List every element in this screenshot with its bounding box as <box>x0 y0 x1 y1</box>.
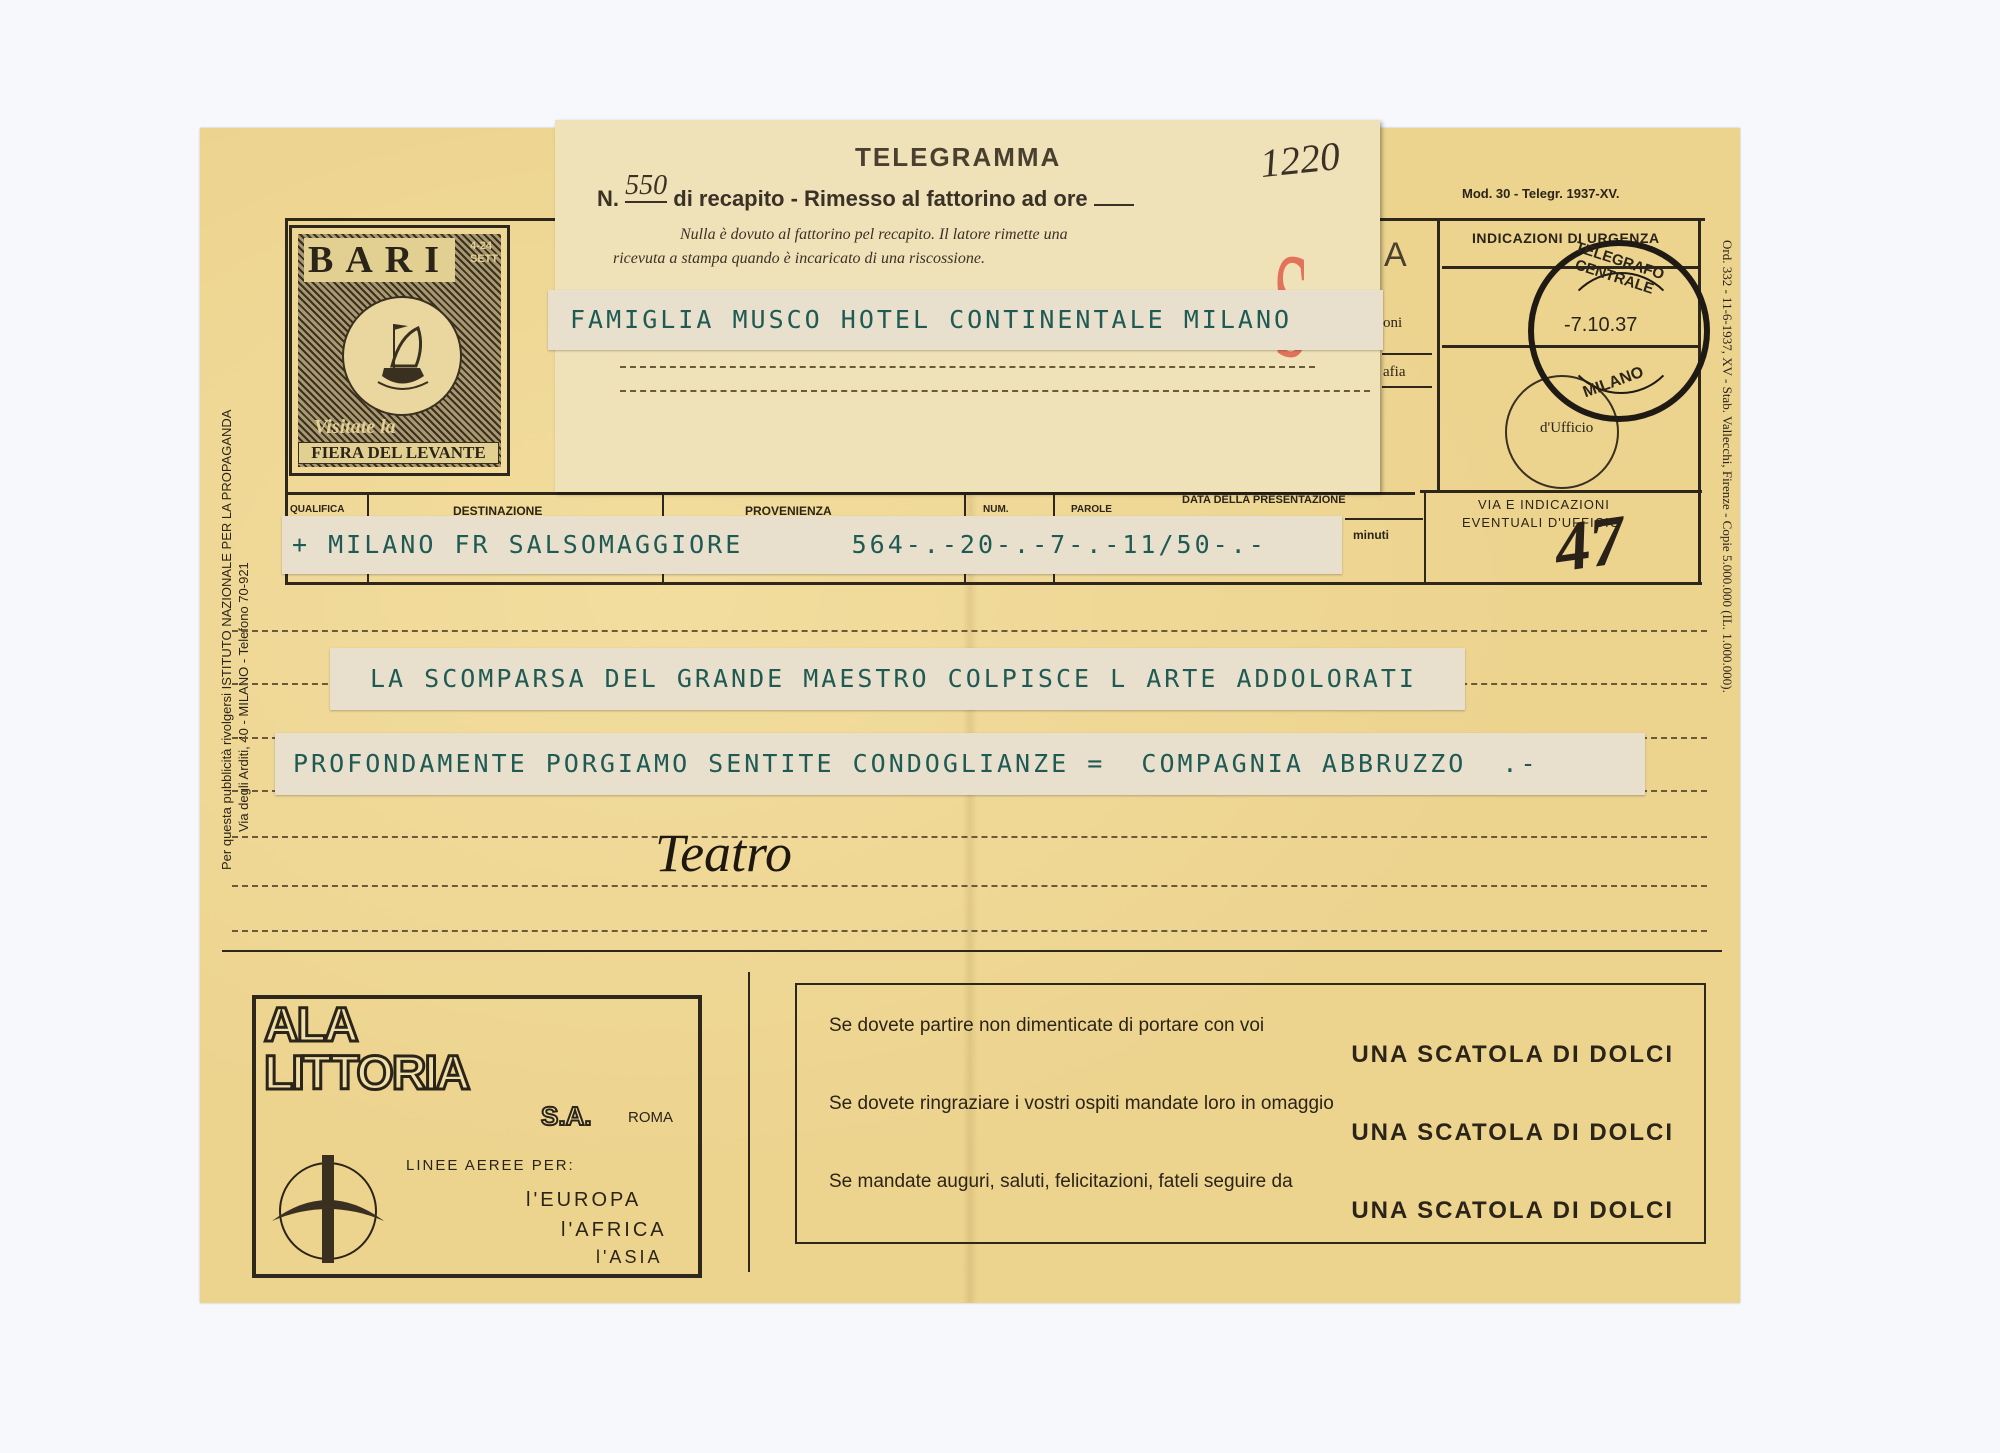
col-header-parole: PAROLE <box>1071 504 1112 515</box>
handwritten-note: Teatro <box>655 822 792 884</box>
slip-title: TELEGRAMMA <box>855 142 1061 173</box>
side-divider-1 <box>1382 353 1432 355</box>
form-right-border <box>1698 218 1701 583</box>
col-header-qualifica: QUALIFICA <box>290 504 344 515</box>
message-tape-2: PROFONDAMENTE PORGIAMO SENTITE CONDOGLIA… <box>275 733 1645 795</box>
col-divider-5 <box>1424 492 1426 582</box>
message-line-5 <box>232 836 1707 838</box>
dolci-tagline-2: UNA SCATOLA DI DOLCI <box>1351 1119 1674 1147</box>
col-header-data: DATA DELLA PRESENTAZIONE <box>1182 494 1346 506</box>
ala-littoria-lines-label: LINEE AEREE PER: <box>406 1157 575 1174</box>
form-code: Mod. 30 - Telegr. 1937-XV. <box>1462 186 1620 201</box>
bari-title: BARI <box>304 238 455 282</box>
ala-littoria-ad: ALA LITTORIA S.A. ROMA LINEE AEREE PER: … <box>252 995 702 1278</box>
addressee-tape: FAMIGLIA MUSCO HOTEL CONTINENTALE MILANO <box>548 290 1383 350</box>
dolci-tagline-1: UNA SCATOLA DI DOLCI <box>1351 1041 1674 1069</box>
destination-africa: l'AFRICA <box>561 1219 667 1242</box>
col-header-num: NUM. <box>983 504 1009 515</box>
partial-label-oni: oni <box>1383 315 1402 332</box>
ship-icon <box>372 316 432 396</box>
destination-asia: l'ASIA <box>596 1247 662 1268</box>
minuti-label: minuti <box>1353 528 1389 542</box>
slip-recapito-text: di recapito - Rimesso al fattorino ad or… <box>673 186 1087 211</box>
ad-contact-note: Per questa pubblicità rivolgersi ISTITUT… <box>218 410 252 870</box>
dolci-ad: Se dovete partire non dimenticate di por… <box>795 983 1706 1244</box>
slip-notice-line1: Nulla è dovuto al fattorino pel recapito… <box>680 226 1068 244</box>
ala-littoria-suffix: S.A. <box>541 1101 592 1132</box>
ad-contact-note-line2: Via degli Arditi, 40 - MILANO - Telefono… <box>235 410 252 870</box>
postmark-stamp: TELEGRAFO CENTRALE -7.10.37 MILANO <box>1528 240 1710 422</box>
slip-number-label: N. <box>597 186 619 211</box>
slip-line-2 <box>620 366 1315 368</box>
ad-contact-note-line1: Per questa pubblicità rivolgersi ISTITUT… <box>218 410 235 870</box>
message-line-7 <box>232 930 1707 932</box>
side-divider-2 <box>1382 386 1432 388</box>
fasces-swallow-icon <box>268 1149 388 1269</box>
dolci-text-1: Se dovete partire non dimenticate di por… <box>829 1015 1264 1037</box>
ads-divider <box>748 972 750 1272</box>
fields-top-border-right <box>1420 490 1702 493</box>
postmark-date: -7.10.37 <box>1564 314 1637 337</box>
slip-number-value: 550 <box>625 170 667 203</box>
ala-littoria-line2: LITTORIA <box>264 1049 468 1099</box>
slip-line-3 <box>620 390 1370 392</box>
bari-banner: FIERA DEL LEVANTE <box>298 442 499 464</box>
handwritten-mark: 47 <box>1550 501 1630 590</box>
bari-script: Visitate la <box>314 416 396 439</box>
message-tape-1: LA SCOMPARSA DEL GRANDE MAESTRO COLPISCE… <box>330 648 1465 710</box>
message-line-1 <box>232 630 1707 632</box>
bari-fair-ad: BARI 4-24 SETT Visitate la FIERA DEL LEV… <box>289 225 510 476</box>
ala-littoria-line1: ALA <box>264 1001 357 1051</box>
dolci-tagline-3: UNA SCATOLA DI DOLCI <box>1351 1197 1674 1225</box>
dolci-text-3: Se mandate auguri, saluti, felicitazioni… <box>829 1171 1293 1193</box>
fields-bottom-border <box>285 582 1702 585</box>
urgency-left-border <box>1437 218 1440 490</box>
data-subdivider <box>1345 518 1423 520</box>
origin-tape: + MILANO FR SALSOMAGGIORE 564-.-20-.-7-.… <box>282 516 1342 574</box>
ads-top-border <box>222 950 1722 952</box>
partial-label-afia: afia <box>1383 364 1405 381</box>
printer-note: Ord. 332 - 11-6-1937, XV - Stab. Vallecc… <box>1719 240 1735 693</box>
partial-label-a: A <box>1384 236 1407 275</box>
message-line-6 <box>232 885 1707 887</box>
ship-emblem <box>342 296 462 416</box>
destination-europa: l'EUROPA <box>526 1189 641 1212</box>
slip-recapito-line: N. 550 di recapito - Rimesso al fattorin… <box>597 182 1134 214</box>
bari-dates: 4-24 SETT <box>470 240 498 266</box>
ala-littoria-city: ROMA <box>628 1109 673 1126</box>
slip-notice-line2: ricevuta a stampa quando è incaricato di… <box>613 250 985 268</box>
dolci-text-2: Se dovete ringraziare i vostri ospiti ma… <box>829 1093 1334 1115</box>
slip-hour-value: 1220 <box>1258 132 1342 187</box>
